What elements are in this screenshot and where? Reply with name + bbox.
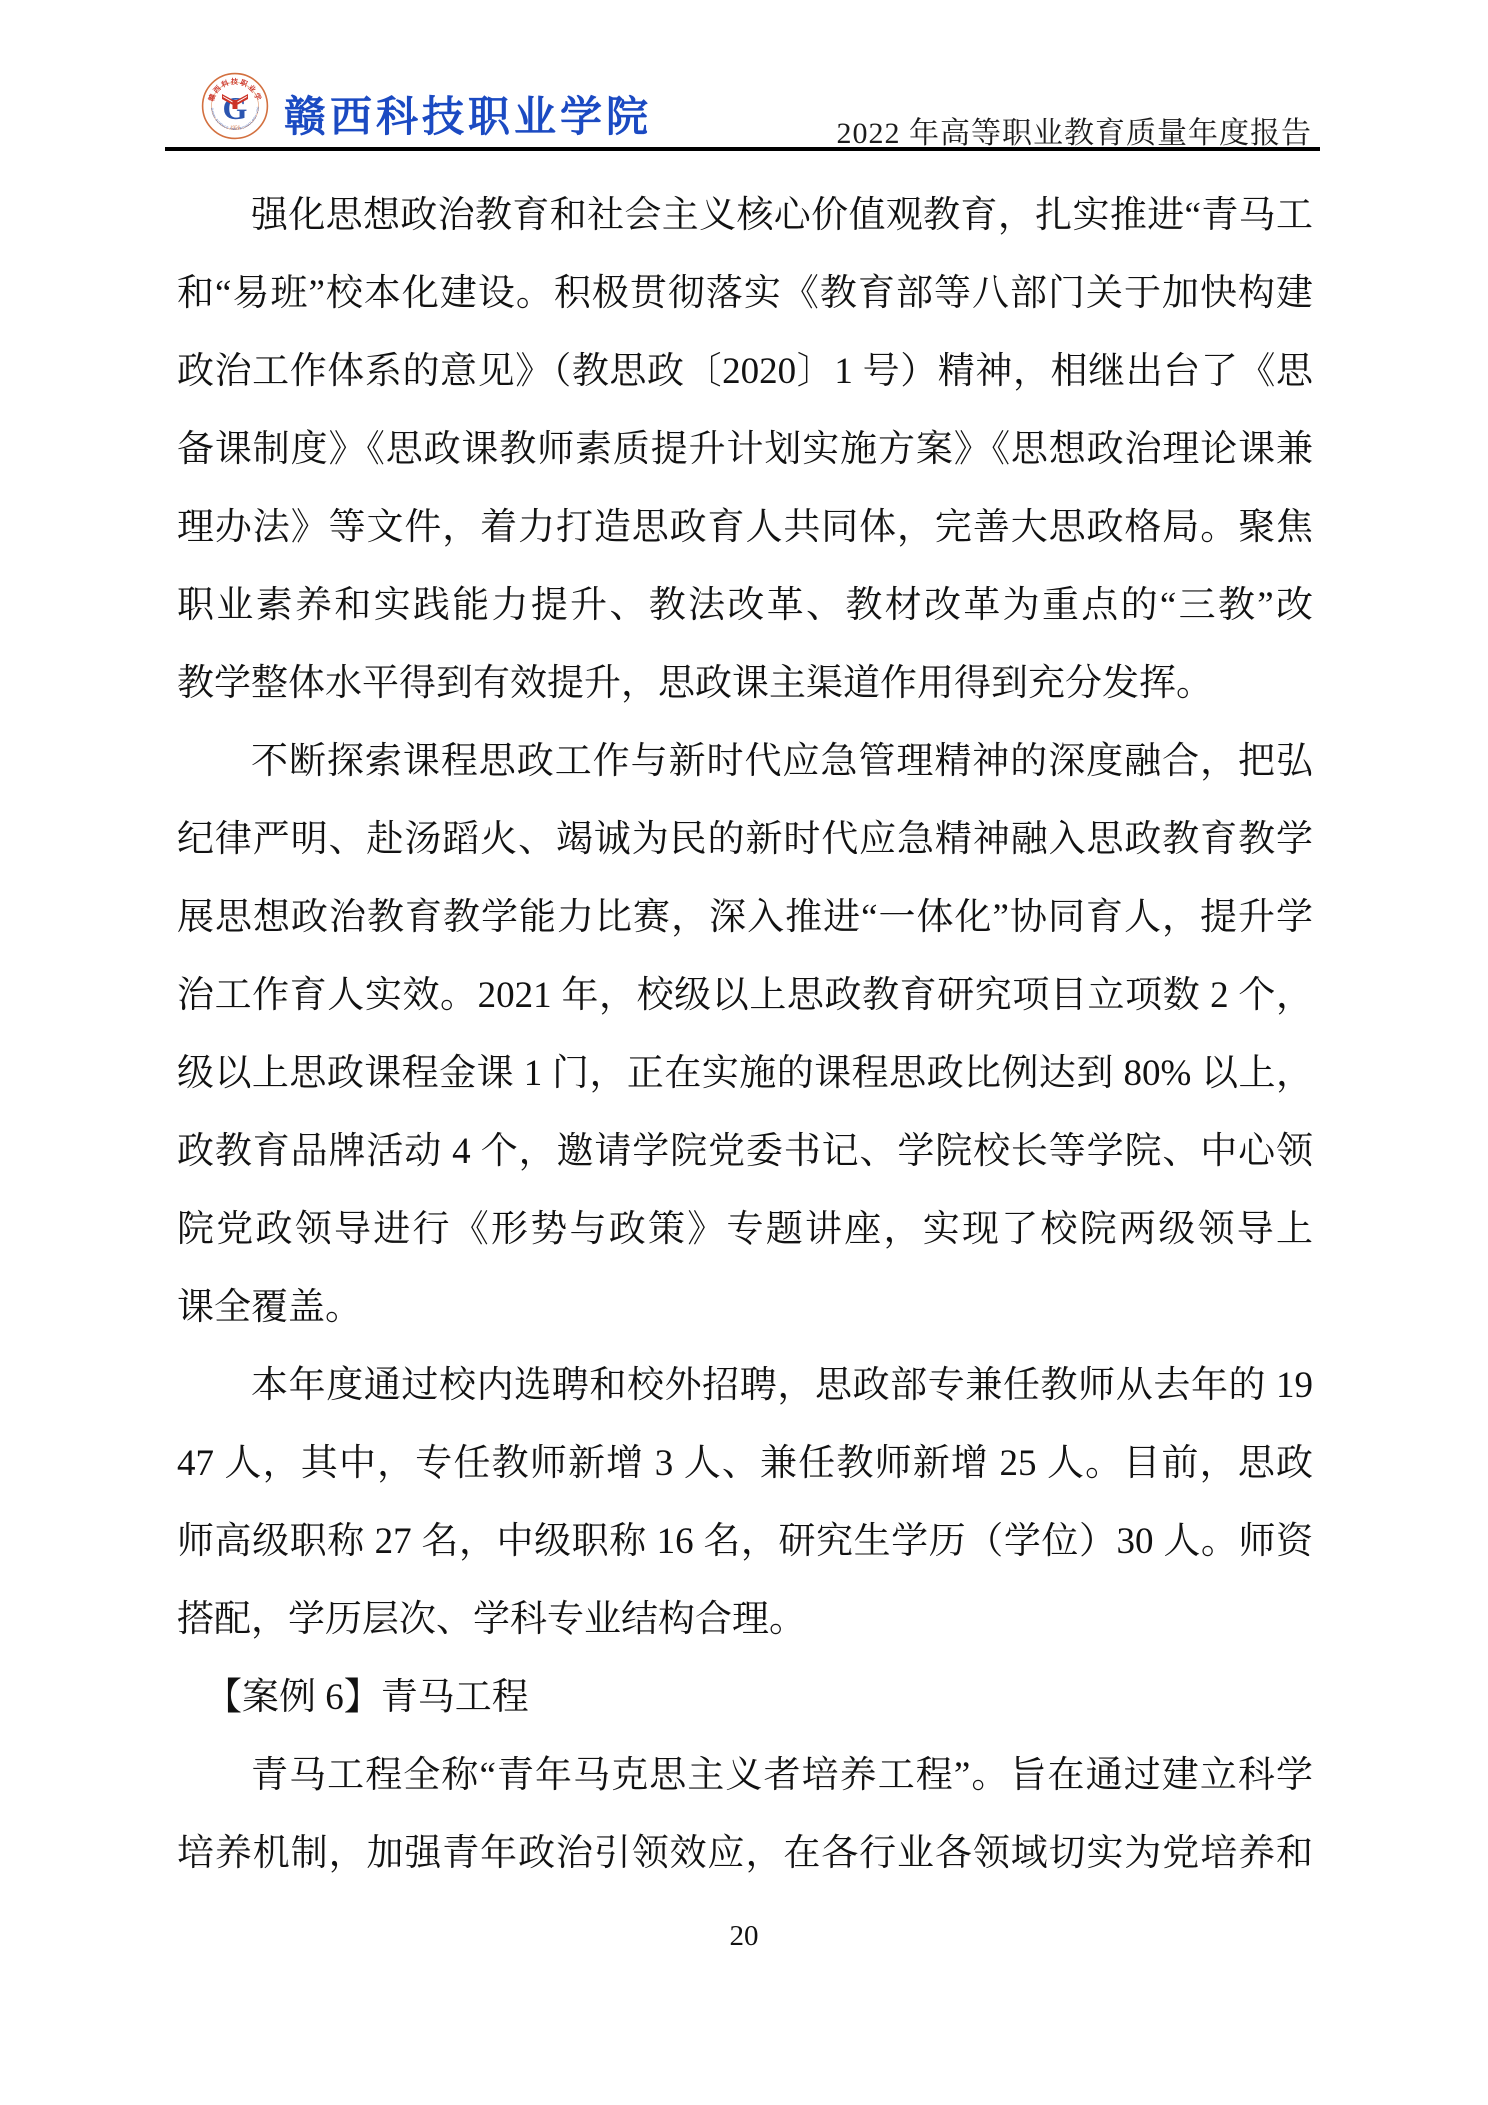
body-text-line: 院党政领导进行《形势与政策》专题讲座，实现了校院两级领导上《形势与政策》	[177, 1191, 1313, 1269]
body-text-line: 搭配，学历层次、学科专业结构合理。	[177, 1581, 1313, 1659]
body-text-line: 政治工作体系的意见》（教思政〔2020〕1 号）精神，相继出台了《思政课集体	[177, 333, 1313, 411]
body-text-line: 青马工程全称“青年马克思主义者培养工程”。旨在通过建立科学化规范化	[177, 1737, 1313, 1815]
body-text-line: 级以上思政课程金课 1 门，正在实施的课程思政比例达到 80% 以上，累计打造思	[177, 1035, 1313, 1113]
header-rule	[165, 147, 1320, 151]
body-text-line: 治工作育人实效。2021 年，校级以上思政教育研究项目立项数 2 个，累计打造校	[177, 957, 1313, 1035]
school-emblem-svg: 赣西科技职业学院 GANXI SCIENCE AND TECHNOLOGY VO…	[201, 72, 269, 140]
body-text-line: 纪律严明、赴汤蹈火、竭诚为民的新时代应急精神融入思政教育教学全过程。开	[177, 801, 1313, 879]
page-number: 20	[0, 1920, 1488, 1953]
body-text-block: 强化思想政治教育和社会主义核心价值观教育，扎实推进“青马工程”建设和“易班”校本…	[177, 177, 1313, 1893]
body-text-line: 师高级职称 27 名，中级职称 16 名，研究生学历（学位）30 人。师资力量年…	[177, 1503, 1313, 1581]
body-text-line: 47 人，其中，专任教师新增 3 人、兼任教师新增 25 人。目前，思政课专兼任…	[177, 1425, 1313, 1503]
body-text-line: 和“易班”校本化建设。积极贯彻落实《教育部等八部门关于加快构建高校思想	[177, 255, 1313, 333]
emblem-year-text: 1956	[230, 126, 241, 131]
document-page: 赣西科技职业学院 GANXI SCIENCE AND TECHNOLOGY VO…	[0, 0, 1488, 2105]
school-name: 赣西科技职业学院	[284, 84, 652, 144]
body-text-line: 政教育品牌活动 4 个，邀请学院党委书记、学院校长等学院、中心领导及二级学	[177, 1113, 1313, 1191]
body-text-line: 理办法》等文件，着力打造思政育人共同体，完善大思政格局。聚焦思政课教师	[177, 489, 1313, 567]
body-text-line: 教学整体水平得到有效提升，思政课主渠道作用得到充分发挥。	[177, 645, 1313, 723]
body-text-line: 展思想政治教育教学能力比赛，深入推进“一体化”协同育人，提升学生思想政	[177, 879, 1313, 957]
body-text-line: 培养机制，加强青年政治引领效应，在各行业各领域切实为党培养和输送一批具	[177, 1815, 1313, 1893]
body-text-line: 【案例 6】青马工程	[177, 1659, 1313, 1737]
school-emblem-icon: 赣西科技职业学院 GANXI SCIENCE AND TECHNOLOGY VO…	[201, 72, 269, 140]
body-text-line: 不断探索课程思政工作与新时代应急管理精神的深度融合，把弘扬对党忠诚、	[177, 723, 1313, 801]
body-text-line: 职业素养和实践能力提升、教法改革、教材改革为重点的“三教”改革，思政课	[177, 567, 1313, 645]
body-text-line: 备课制度》《思政课教师素质提升计划实施方案》《思想政治理论课兼课教师管	[177, 411, 1313, 489]
report-title: 2022 年高等职业教育质量年度报告	[837, 108, 1313, 152]
body-text-line: 强化思想政治教育和社会主义核心价值观教育，扎实推进“青马工程”建设	[177, 177, 1313, 255]
body-text-line: 课全覆盖。	[177, 1269, 1313, 1347]
body-text-line: 本年度通过校内选聘和校外招聘，思政部专兼任教师从去年的 19 人上升为	[177, 1347, 1313, 1425]
